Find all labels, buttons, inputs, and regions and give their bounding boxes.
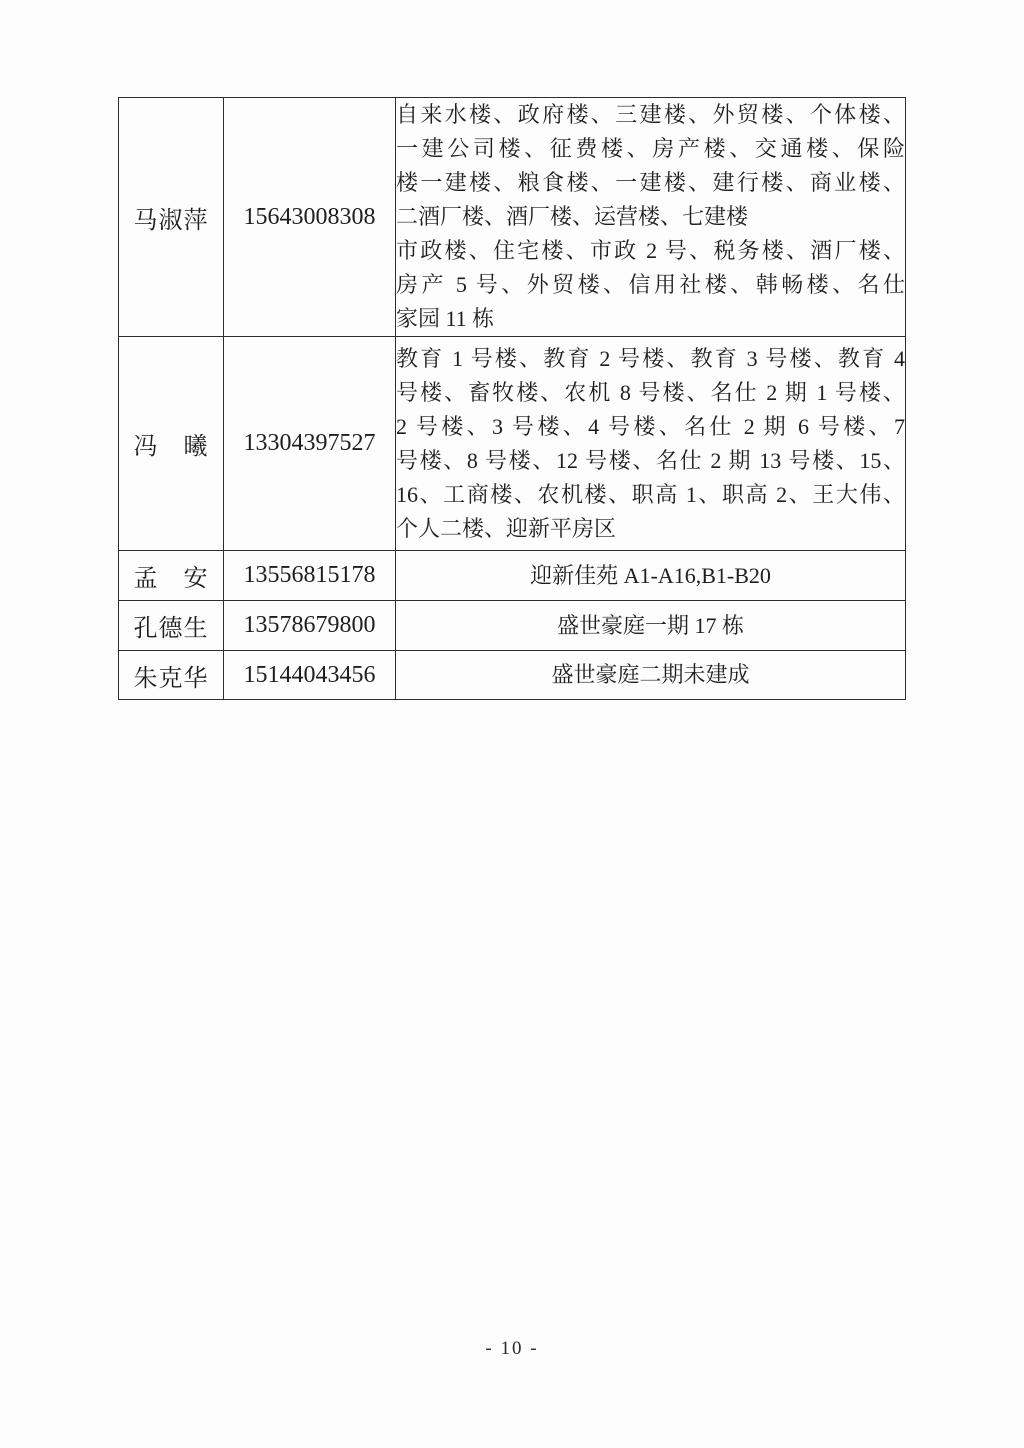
name-cell: 马淑萍 (119, 98, 224, 337)
area-line: 房产 5 号、外贸楼、信用社楼、韩畅楼、名仕 (396, 268, 905, 302)
contact-name: 孔德生 (134, 616, 209, 642)
contact-table: 马淑萍 15643008308 自来水楼、政府楼、三建楼、外贸楼、个体楼、 一建… (118, 97, 906, 700)
table-row: 冯 曦 13304397527 教育 1 号楼、教育 2 号楼、教育 3 号楼、… (119, 337, 906, 551)
area-line: 市政楼、住宅楼、市政 2 号、税务楼、酒厂楼、 (396, 234, 905, 268)
area-line: 自来水楼、政府楼、三建楼、外贸楼、个体楼、 (396, 98, 905, 132)
page-number: - 10 - (0, 1338, 1024, 1360)
contact-phone: 13556815178 (244, 562, 376, 588)
area-line: 16、工商楼、农机楼、职高 1、职高 2、王大伟、 (396, 478, 905, 512)
area-text: 盛世豪庭一期 17 栋 (557, 613, 744, 638)
contact-phone: 13578679800 (244, 612, 376, 638)
document-page: 马淑萍 15643008308 自来水楼、政府楼、三建楼、外贸楼、个体楼、 一建… (0, 0, 1024, 1448)
phone-cell: 13578679800 (224, 601, 396, 651)
contact-phone: 15144043456 (244, 662, 376, 688)
area-cell: 盛世豪庭一期 17 栋 (396, 601, 906, 651)
name-cell: 冯 曦 (119, 337, 224, 551)
area-text: 迎新佳苑 A1-A16,B1-B20 (530, 563, 771, 588)
name-cell: 朱克华 (119, 651, 224, 700)
contact-name: 马淑萍 (134, 208, 209, 234)
area-line: 二酒厂楼、酒厂楼、运营楼、七建楼 (396, 200, 905, 234)
area-line: 号楼、8 号楼、12 号楼、名仕 2 期 13 号楼、15、 (396, 444, 905, 478)
area-cell: 盛世豪庭二期未建成 (396, 651, 906, 700)
contact-phone: 13304397527 (244, 430, 376, 456)
contact-name: 朱克华 (134, 666, 209, 692)
table-row: 马淑萍 15643008308 自来水楼、政府楼、三建楼、外贸楼、个体楼、 一建… (119, 98, 906, 337)
phone-cell: 15643008308 (224, 98, 396, 337)
area-line: 家园 11 栋 (396, 302, 905, 336)
name-cell: 孟 安 (119, 551, 224, 601)
area-cell: 自来水楼、政府楼、三建楼、外贸楼、个体楼、 一建公司楼、征费楼、房产楼、交通楼、… (396, 98, 906, 337)
area-cell: 迎新佳苑 A1-A16,B1-B20 (396, 551, 906, 601)
contact-name: 冯 曦 (134, 434, 209, 460)
name-cell: 孔德生 (119, 601, 224, 651)
area-text: 盛世豪庭二期未建成 (551, 662, 749, 687)
contact-name: 孟 安 (134, 566, 209, 592)
area-line: 教育 1 号楼、教育 2 号楼、教育 3 号楼、教育 4 (396, 342, 905, 376)
phone-cell: 15144043456 (224, 651, 396, 700)
contact-phone: 15643008308 (244, 204, 376, 230)
phone-cell: 13304397527 (224, 337, 396, 551)
area-line: 2 号楼、3 号楼、4 号楼、名仕 2 期 6 号楼、7 (396, 410, 905, 444)
table-row: 孟 安 13556815178 迎新佳苑 A1-A16,B1-B20 (119, 551, 906, 601)
area-line: 一建公司楼、征费楼、房产楼、交通楼、保险 (396, 132, 905, 166)
area-line: 个人二楼、迎新平房区 (396, 512, 905, 546)
area-line: 楼一建楼、粮食楼、一建楼、建行楼、商业楼、 (396, 166, 905, 200)
table-row: 孔德生 13578679800 盛世豪庭一期 17 栋 (119, 601, 906, 651)
table-row: 朱克华 15144043456 盛世豪庭二期未建成 (119, 651, 906, 700)
phone-cell: 13556815178 (224, 551, 396, 601)
area-cell: 教育 1 号楼、教育 2 号楼、教育 3 号楼、教育 4 号楼、畜牧楼、农机 8… (396, 337, 906, 551)
area-line: 号楼、畜牧楼、农机 8 号楼、名仕 2 期 1 号楼、 (396, 376, 905, 410)
